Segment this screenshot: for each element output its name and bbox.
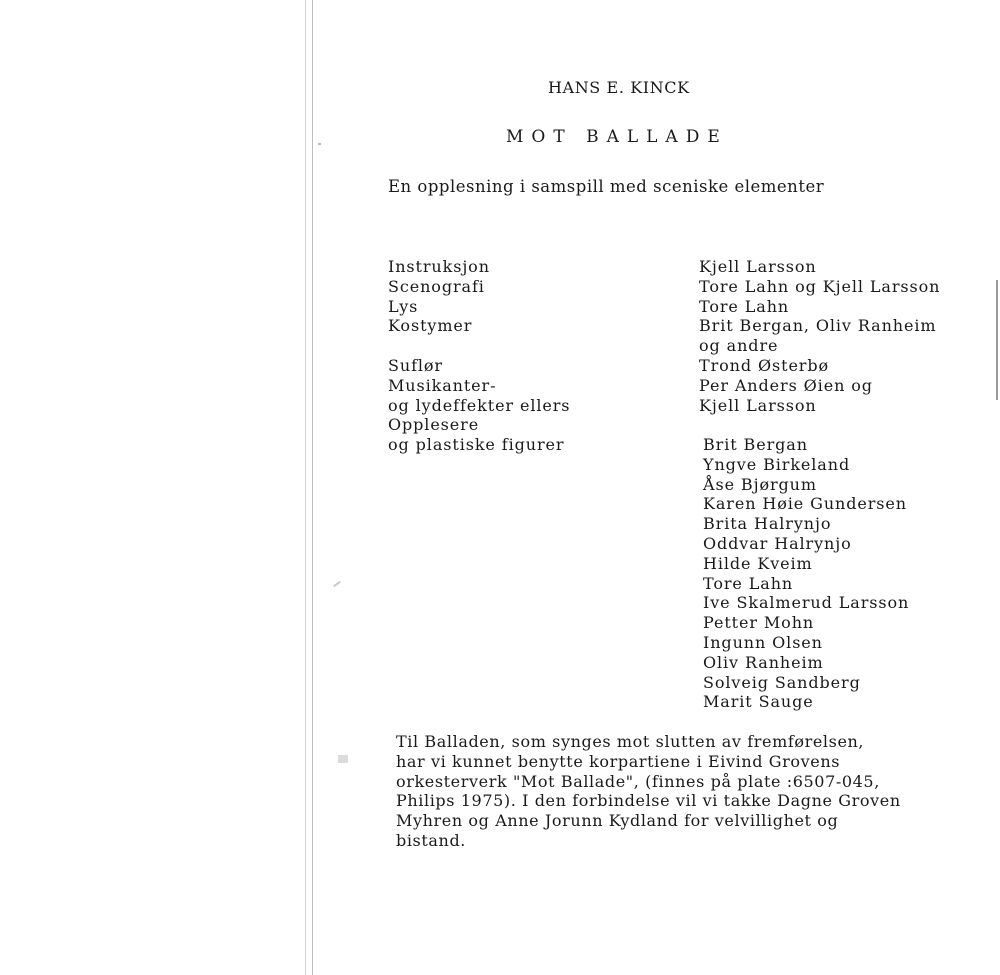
credit-name: Per Anders Øien og xyxy=(699,376,940,396)
performer-name: Marit Sauge xyxy=(703,692,909,712)
performers-list: Brit Bergan Yngve Birkeland Åse Bjørgum … xyxy=(703,435,909,712)
paragraph-line: Philips 1975). I den forbindelse vil vi … xyxy=(396,791,976,811)
performer-name: Ingunn Olsen xyxy=(703,633,909,653)
paragraph-line: orkesterverk "Mot Ballade", (finnes på p… xyxy=(396,772,976,792)
role-label: Instruksjon xyxy=(388,257,570,277)
paragraph-line: har vi kunnet benytte korpartiene i Eivi… xyxy=(396,752,976,772)
performer-name: Karen Høie Gundersen xyxy=(703,494,909,514)
role-label: Lys xyxy=(388,297,570,317)
acknowledgement-paragraph: Til Balladen, som synges mot slutten av … xyxy=(396,732,976,851)
credits-column: Kjell Larsson Tore Lahn og Kjell Larsson… xyxy=(699,257,940,415)
role-label: Kostymer xyxy=(388,316,570,336)
credit-name: Kjell Larsson xyxy=(699,257,940,277)
performer-name: Petter Mohn xyxy=(703,613,909,633)
credit-name: Brit Bergan, Oliv Ranheim xyxy=(699,316,940,336)
play-title: MOT BALLADE xyxy=(506,127,728,147)
credit-name: Kjell Larsson xyxy=(699,396,940,416)
performer-name: Brit Bergan xyxy=(703,435,909,455)
credit-name: Tore Lahn og Kjell Larsson xyxy=(699,277,940,297)
credit-name: Tore Lahn xyxy=(699,297,940,317)
performer-name: Oliv Ranheim xyxy=(703,653,909,673)
performer-name: Ive Skalmerud Larsson xyxy=(703,593,909,613)
role-label: og plastiske figurer xyxy=(388,435,570,455)
spacer xyxy=(388,336,570,356)
performer-name: Åse Bjørgum xyxy=(703,475,909,495)
role-label: Musikanter- xyxy=(388,376,570,396)
play-subtitle: En opplesning i samspill med sceniske el… xyxy=(388,177,824,196)
role-label: Scenografi xyxy=(388,277,570,297)
paragraph-line: Myhren og Anne Jorunn Kydland for velvil… xyxy=(396,811,976,831)
performer-name: Yngve Birkeland xyxy=(703,455,909,475)
roles-column: Instruksjon Scenografi Lys Kostymer Sufl… xyxy=(388,257,570,455)
credit-name: og andre xyxy=(699,336,940,356)
performer-name: Hilde Kveim xyxy=(703,554,909,574)
paragraph-line: bistand. xyxy=(396,831,976,851)
performer-name: Tore Lahn xyxy=(703,574,909,594)
credit-name: Trond Østerbø xyxy=(699,356,940,376)
performer-name: Solveig Sandberg xyxy=(703,673,909,693)
author-heading: HANS E. KINCK xyxy=(548,78,690,97)
performer-name: Brita Halrynjo xyxy=(703,514,909,534)
role-label: Suflør xyxy=(388,356,570,376)
paragraph-line: Til Balladen, som synges mot slutten av … xyxy=(396,732,976,752)
program-page: HANS E. KINCK MOT BALLADE En opplesning … xyxy=(0,0,1000,975)
performer-name: Oddvar Halrynjo xyxy=(703,534,909,554)
role-label: og lydeffekter ellers xyxy=(388,396,570,416)
role-label: Opplesere xyxy=(388,415,570,435)
